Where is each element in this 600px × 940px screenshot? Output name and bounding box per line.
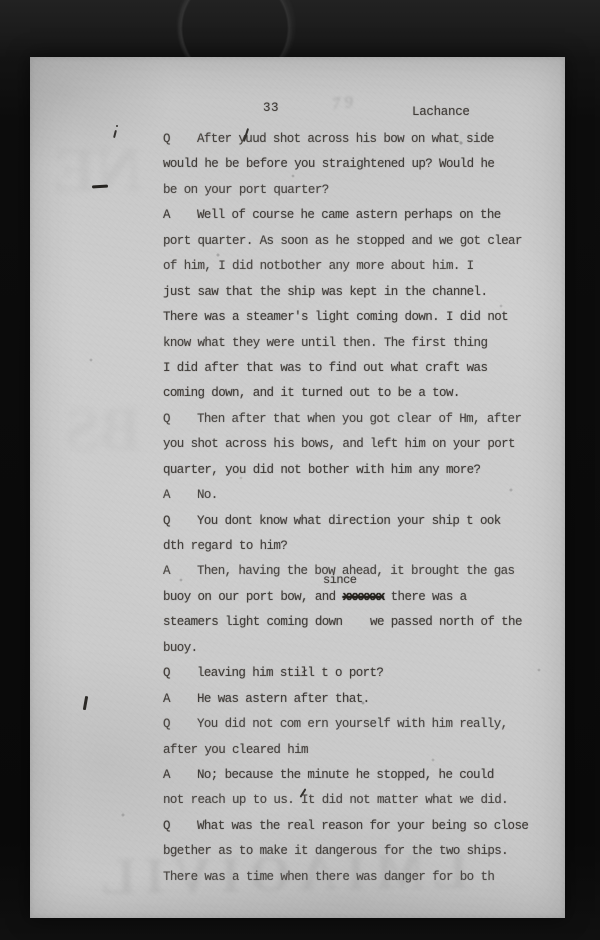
transcript-line: ANo; because the minute he stopped, he c… bbox=[163, 763, 528, 788]
pencil-smudge: 79 bbox=[331, 91, 359, 114]
transcript-line: be on your port quarter? bbox=[163, 178, 528, 203]
transcript-line: ANo. bbox=[163, 483, 528, 508]
transcript-line: of him, I did notbother any more about h… bbox=[163, 254, 528, 279]
transcript-line: quarter, you did not bother with him any… bbox=[163, 458, 528, 483]
document-page: NE BS LMIAOIVIL 79 33 Lachance QAfter yu… bbox=[30, 57, 565, 918]
transcript-line: bgether as to make it dangerous for the … bbox=[163, 839, 528, 864]
struck-out-text: xxxxxxx bbox=[342, 590, 383, 604]
dust-speckles bbox=[30, 57, 32, 59]
bleedthrough-ghost-lower: BS bbox=[45, 394, 141, 466]
transcript-line: Qleaving him stiłl t o port? bbox=[163, 661, 528, 686]
transcript-line: port quarter. As soon as he stopped and … bbox=[163, 229, 528, 254]
speaker-label: A bbox=[163, 687, 197, 712]
transcript-line: coming down, and it turned out to be a t… bbox=[163, 381, 528, 406]
transcript-line: not reach up to us. It did not matter wh… bbox=[163, 788, 528, 813]
speaker-label: A bbox=[163, 483, 197, 508]
speaker-label: Q bbox=[163, 127, 197, 152]
transcript-line: QThen after that when you got clear of H… bbox=[163, 407, 528, 432]
transcript-line: buoy on our port bow, and xxxxxxx there … bbox=[163, 585, 528, 610]
handwritten-margin-slash bbox=[83, 696, 88, 710]
handwritten-margin-dot bbox=[116, 125, 118, 127]
transcript-line: would he be before you straightened up? … bbox=[163, 152, 528, 177]
speaker-label: Q bbox=[163, 814, 197, 839]
witness-name: Lachance bbox=[412, 105, 470, 119]
transcript-line: AHe was astern after that. bbox=[163, 687, 528, 712]
transcript-line: I did after that was to find out what cr… bbox=[163, 356, 528, 381]
speaker-label: A bbox=[163, 203, 197, 228]
transcript-line: steamers light coming down we passed nor… bbox=[163, 610, 528, 635]
speaker-label: Q bbox=[163, 509, 197, 534]
speaker-label: A bbox=[163, 559, 197, 584]
transcript-line: know what they were until then. The firs… bbox=[163, 331, 528, 356]
transcript-line: dth regard to him? bbox=[163, 534, 528, 559]
transcript-line: There was a steamer's light coming down.… bbox=[163, 305, 528, 330]
bleedthrough-ghost-upper: NE bbox=[51, 136, 142, 204]
transcript-lines: QAfter yuud shot across his bow on what … bbox=[163, 127, 528, 890]
handwritten-margin-dash bbox=[92, 185, 108, 189]
handwritten-margin-apostrophe bbox=[113, 130, 117, 138]
transcript-line: There was a time when there was danger f… bbox=[163, 865, 528, 890]
transcript-line: QWhat was the real reason for your being… bbox=[163, 814, 528, 839]
speaker-label: Q bbox=[163, 712, 197, 737]
transcript-line: QYou did not com ern yourself with him r… bbox=[163, 712, 528, 737]
transcript-line: you shot across his bows, and left him o… bbox=[163, 432, 528, 457]
transcript-line: AWell of course he came astern perhaps o… bbox=[163, 203, 528, 228]
page-number: 33 bbox=[263, 101, 279, 115]
transcript-line: QAfter yuud shot across his bow on what … bbox=[163, 127, 528, 152]
scanner-background: NE BS LMIAOIVIL 79 33 Lachance QAfter yu… bbox=[0, 0, 600, 940]
inserted-word: since bbox=[323, 573, 357, 587]
transcript-line: just saw that the ship was kept in the c… bbox=[163, 280, 528, 305]
transcript-line: after you cleared him bbox=[163, 738, 528, 763]
transcript-line: QYou dont know what direction your ship … bbox=[163, 509, 528, 534]
speaker-label: Q bbox=[163, 407, 197, 432]
transcript-line: buoy. bbox=[163, 636, 528, 661]
speaker-label: Q bbox=[163, 661, 197, 686]
speaker-label: A bbox=[163, 763, 197, 788]
